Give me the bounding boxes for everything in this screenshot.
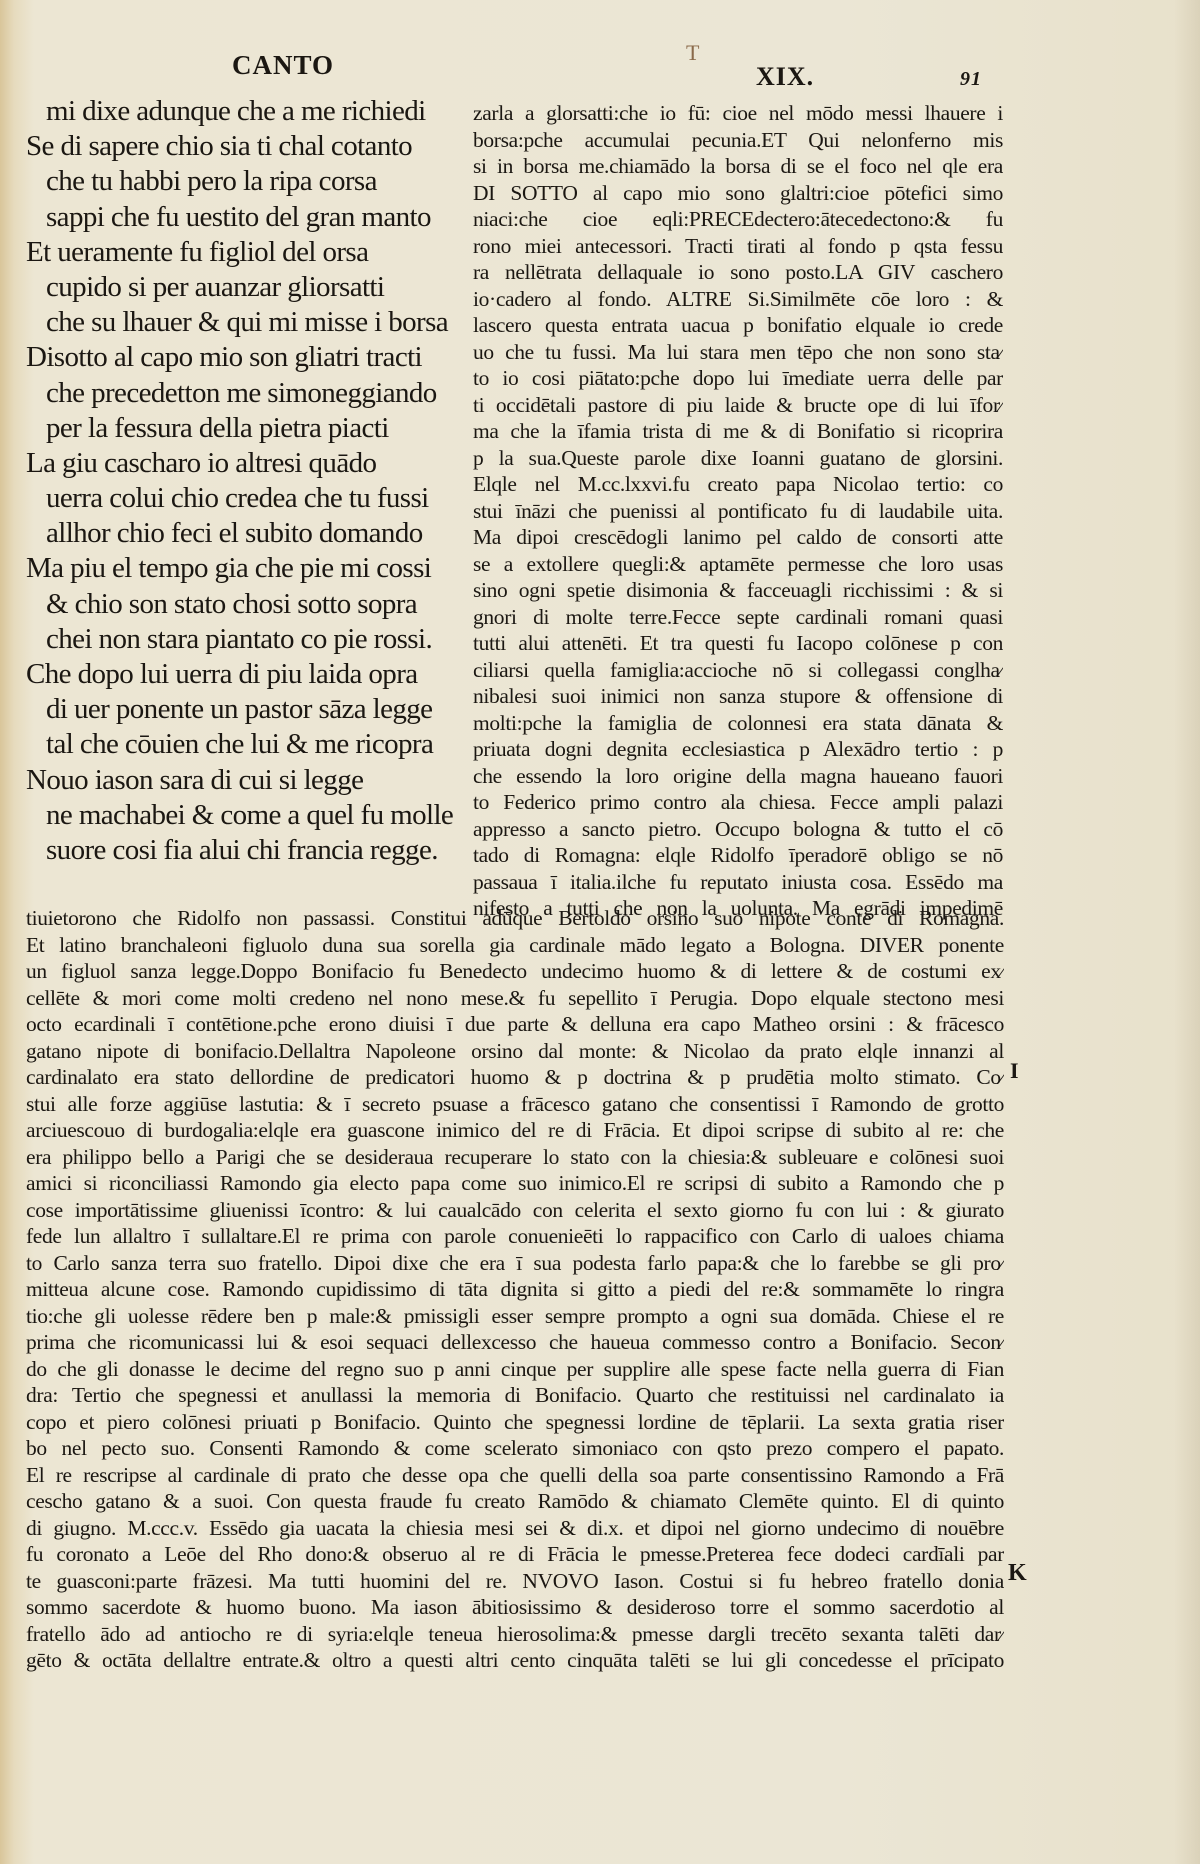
commentary-line: Et latino branchaleoni figluolo duna sua… bbox=[26, 932, 1004, 959]
commentary-line: molti:pche la famiglia de colonnesi era … bbox=[473, 710, 1003, 737]
commentary-line: rono miei antecessori. Tracti tirati al … bbox=[473, 233, 1003, 260]
commentary-line: priuata dogni degnita ecclesiastica p Al… bbox=[473, 736, 1003, 763]
verse-line: che tu habbi pero la ripa corsa bbox=[26, 164, 466, 199]
commentary-line: ra nellētrata dellaquale io sono posto.L… bbox=[473, 259, 1003, 286]
commentary-line: to io cosi piātato:pche dopo lui īmediat… bbox=[473, 365, 1003, 392]
commentary-line: tio:che gli uolesse rēdere ben p male:& … bbox=[26, 1303, 1004, 1330]
commentary-line: amici si riconciliassi Ramondo gia elect… bbox=[26, 1170, 1004, 1197]
verse-line: di uer ponente un pastor sāza legge bbox=[26, 692, 466, 727]
commentary-line: appresso a sancto pietro. Occupo bologna… bbox=[473, 816, 1003, 843]
verse-line: uerra colui chio credea che tu fussi bbox=[26, 481, 466, 516]
commentary-line: cellēte & mori come molti credeno nel no… bbox=[26, 985, 1004, 1012]
commentary-line: arciuescouo di burdogalia:elqle era guas… bbox=[26, 1117, 1004, 1144]
commentary-line: bo nel pecto suo. Consenti Ramondo & com… bbox=[26, 1435, 1004, 1462]
commentary-line: tutti alui attenēti. Et tra questi fu Ia… bbox=[473, 630, 1003, 657]
commentary-line: stui īnāzi che puenissi al pontificato f… bbox=[473, 498, 1003, 525]
commentary-line: cose importātissime gliuenissi īcontro: … bbox=[26, 1197, 1004, 1224]
verse-line: suore cosi fia alui chi francia regge. bbox=[26, 833, 466, 868]
folio-number: 91 bbox=[960, 68, 982, 91]
verse-line: cupido si per auanzar gliorsatti bbox=[26, 270, 466, 305]
commentary-line: gēto & octāta dellaltre entrate.& oltro … bbox=[26, 1647, 1004, 1674]
verse-line: che su lhauer & qui mi misse i borsa bbox=[26, 305, 466, 340]
commentary-line: Ma dipoi crescēdogli lanimo pel caldo de… bbox=[473, 524, 1003, 551]
commentary-line: to Carlo sanza terra suo fratello. Dipoi… bbox=[26, 1250, 1004, 1277]
commentary-column: zarla a glorsatti:che io fū: cioe nel mō… bbox=[473, 100, 1003, 922]
commentary-line: nibalesi suoi inimici non sanza stupore … bbox=[473, 683, 1003, 710]
verse-line: Nouo iason sara di cui si legge bbox=[26, 763, 466, 798]
commentary-line: niaci:che cioe eqli:PRECEdectero:ātecede… bbox=[473, 206, 1003, 233]
commentary-line: passaua ī italia.ilche fu reputato inius… bbox=[473, 869, 1003, 896]
commentary-line: fede lun allaltro ī sullaltare.El re pri… bbox=[26, 1223, 1004, 1250]
commentary-line: era philippo bello a Parigi che se desid… bbox=[26, 1144, 1004, 1171]
verse-line: sappi che fu uestito del gran manto bbox=[26, 200, 466, 235]
signature-mark-i: I bbox=[1010, 1058, 1019, 1084]
verse-line: Et ueramente fu figliol del orsa bbox=[26, 235, 466, 270]
verse-line: Ma piu el tempo gia che pie mi cossi bbox=[26, 551, 466, 586]
commentary-line: zarla a glorsatti:che io fū: cioe nel mō… bbox=[473, 100, 1003, 127]
verse-line: La giu cascharo io altresi quādo bbox=[26, 446, 466, 481]
commentary-line: gnori di molte terre.Fecce septe cardina… bbox=[473, 604, 1003, 631]
verse-line: ne machabei & come a quel fu molle bbox=[26, 798, 466, 833]
commentary-line: Elqle nel M.cc.lxxvi.fu creato papa Nico… bbox=[473, 471, 1003, 498]
commentary-line: sommo sacerdote & huomo buono. Ma iason … bbox=[26, 1594, 1004, 1621]
commentary-line: ti occidētali pastore di piu laide & bru… bbox=[473, 392, 1003, 419]
commentary-line: octo ecardinali ī contētione.pche erono … bbox=[26, 1011, 1004, 1038]
commentary-line: tado di Romagna: elqle Ridolfo īperadorē… bbox=[473, 842, 1003, 869]
commentary-line: ma che la īfamia trista di me & di Bonif… bbox=[473, 418, 1003, 445]
commentary-line: sino ogni spetie disimonia & facceuagli … bbox=[473, 577, 1003, 604]
commentary-line: ciliarsi quella famiglia:accioche nō si … bbox=[473, 657, 1003, 684]
verse-line: Disotto al capo mio son gliatri tracti bbox=[26, 340, 466, 375]
commentary-line: do che gli donasse le decime del regno s… bbox=[26, 1356, 1004, 1383]
commentary-line: fratello ādo ad antiocho re di syria:elq… bbox=[26, 1621, 1004, 1648]
commentary-line: se a extollere quegli:& aptamēte permess… bbox=[473, 551, 1003, 578]
verse-block: mi dixe adunque che a me richiediSe di s… bbox=[26, 94, 466, 868]
commentary-line: DI SOTTO al capo mio sono glaltri:cioe p… bbox=[473, 180, 1003, 207]
commentary-line: che essendo la loro origine della magna … bbox=[473, 763, 1003, 790]
commentary-line: stui alle forze aggiūse lastutia: & ī se… bbox=[26, 1091, 1004, 1118]
verse-line: per la fessura della pietra piacti bbox=[26, 411, 466, 446]
running-head-left: CANTO bbox=[232, 50, 334, 81]
commentary-line: p la sua.Queste parole dixe Ioanni guata… bbox=[473, 445, 1003, 472]
commentary-line: fu coronato a Leōe del Rho dono:& obseru… bbox=[26, 1541, 1004, 1568]
commentary-line: uo che tu fussi. Ma lui stara men tēpo c… bbox=[473, 339, 1003, 366]
commentary-line: dra: Tertio che spegnessi et anullassi l… bbox=[26, 1382, 1004, 1409]
commentary-line: di giugno. M.ccc.v. Essēdo gia uacata la… bbox=[26, 1515, 1004, 1542]
commentary-line: gatano nipote di bonifacio.Dellaltra Nap… bbox=[26, 1038, 1004, 1065]
commentary-line: borsa:pche accumulai pecunia.ET Qui nelo… bbox=[473, 127, 1003, 154]
verse-line: chei non stara piantato co pie rossi. bbox=[26, 622, 466, 657]
verse-line: Se di sapere chio sia ti chal cotanto bbox=[26, 129, 466, 164]
verse-line: & chio son stato chosi sotto sopra bbox=[26, 587, 466, 622]
verse-line: Che dopo lui uerra di piu laida opra bbox=[26, 657, 466, 692]
commentary-line: prima che ricomunicassi lui & esoi sequa… bbox=[26, 1329, 1004, 1356]
commentary-line: cescho gatano & a suoi. Con questa fraud… bbox=[26, 1488, 1004, 1515]
commentary-line: si in borsa me.chiamādo la borsa di se e… bbox=[473, 153, 1003, 180]
signature-mark-k: K bbox=[1008, 1560, 1027, 1587]
commentary-line: cardinalato era stato dellordine de pred… bbox=[26, 1064, 1004, 1091]
verse-line: tal che cōuien che lui & me ricopra bbox=[26, 727, 466, 762]
commentary-line: tiuietorono che Ridolfo non passassi. Co… bbox=[26, 905, 1004, 932]
commentary-line: copo et piero colōnesi priuati p Bonifac… bbox=[26, 1409, 1004, 1436]
commentary-line: mitteua alcune cose. Ramondo cupidissimo… bbox=[26, 1276, 1004, 1303]
marginal-pen-mark: T bbox=[686, 40, 700, 66]
commentary-line: io·cadero al fondo. ALTRE Si.Similmēte c… bbox=[473, 286, 1003, 313]
book-page: T CANTO XIX. 91 mi dixe adunque che a me… bbox=[0, 0, 1200, 1864]
commentary-line: to Federico primo contro ala chiesa. Fec… bbox=[473, 789, 1003, 816]
verse-line: allhor chio feci el subito domando bbox=[26, 516, 466, 551]
commentary-line: El re rescripse al cardinale di prato ch… bbox=[26, 1462, 1004, 1489]
commentary-line: te guasconi:parte frāzesi. Ma tutti huom… bbox=[26, 1568, 1004, 1595]
commentary-full-width: tiuietorono che Ridolfo non passassi. Co… bbox=[26, 905, 1004, 1674]
running-head-right: XIX. bbox=[756, 62, 814, 92]
commentary-line: lascero questa entrata uacua p bonifatio… bbox=[473, 312, 1003, 339]
verse-line: che precedetton me simoneggiando bbox=[26, 376, 466, 411]
commentary-line: un figluol sanza legge.Doppo Bonifacio f… bbox=[26, 958, 1004, 985]
verse-line: mi dixe adunque che a me richiedi bbox=[26, 94, 466, 129]
